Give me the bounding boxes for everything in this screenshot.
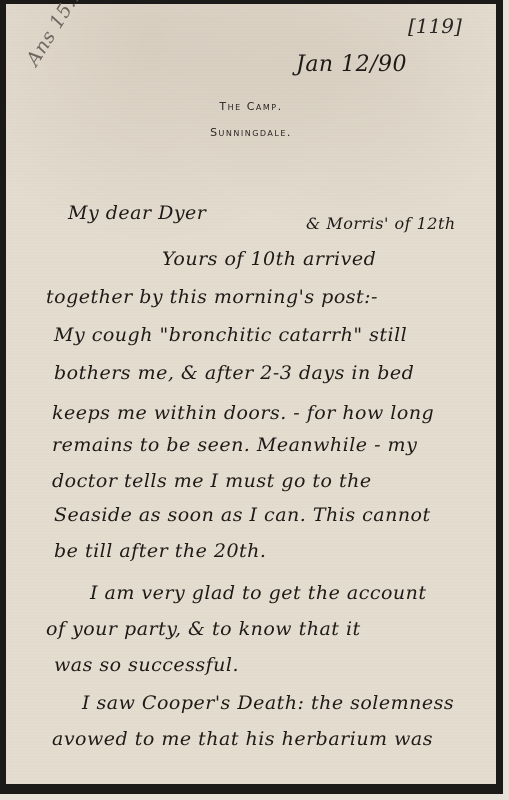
pencil-annotation: Ans 15.1.90 xyxy=(22,0,104,70)
body-line: of your party, & to know that it xyxy=(46,618,361,640)
letter-page: [119] Ans 15.1.90 Jan 12/90 The Camp. Su… xyxy=(6,4,496,784)
letterhead-line-1: The Camp. xyxy=(6,100,496,113)
body-line: doctor tells me I must go to the xyxy=(52,470,372,492)
body-line: avowed to me that his herbarium was xyxy=(52,728,433,750)
body-line: bothers me, & after 2-3 days in bed xyxy=(54,362,414,384)
body-line: My cough "bronchitic catarrh" still xyxy=(54,324,407,346)
body-line: I saw Cooper's Death: the solemness xyxy=(82,692,454,714)
salutation: My dear Dyer xyxy=(68,202,206,224)
letter-date: Jan 12/90 xyxy=(296,52,407,77)
body-line: Seaside as soon as I can. This cannot xyxy=(54,504,431,526)
body-line: Yours of 10th arrived xyxy=(162,248,376,270)
scan-edge-right xyxy=(503,0,509,800)
body-line: keeps me within doors. - for how long xyxy=(52,402,434,424)
insertion-above: & Morris' of 12th xyxy=(306,214,456,233)
body-line: I am very glad to get the account xyxy=(90,582,427,604)
body-line: together by this morning's post:- xyxy=(46,286,378,308)
body-line: be till after the 20th. xyxy=(54,540,266,562)
letterhead-line-2: Sunningdale. xyxy=(6,126,496,139)
body-line: remains to be seen. Meanwhile - my xyxy=(52,434,417,456)
body-line: was so successful. xyxy=(54,654,239,676)
scan-edge-bottom xyxy=(0,794,509,800)
reference-number: [119] xyxy=(408,14,462,38)
